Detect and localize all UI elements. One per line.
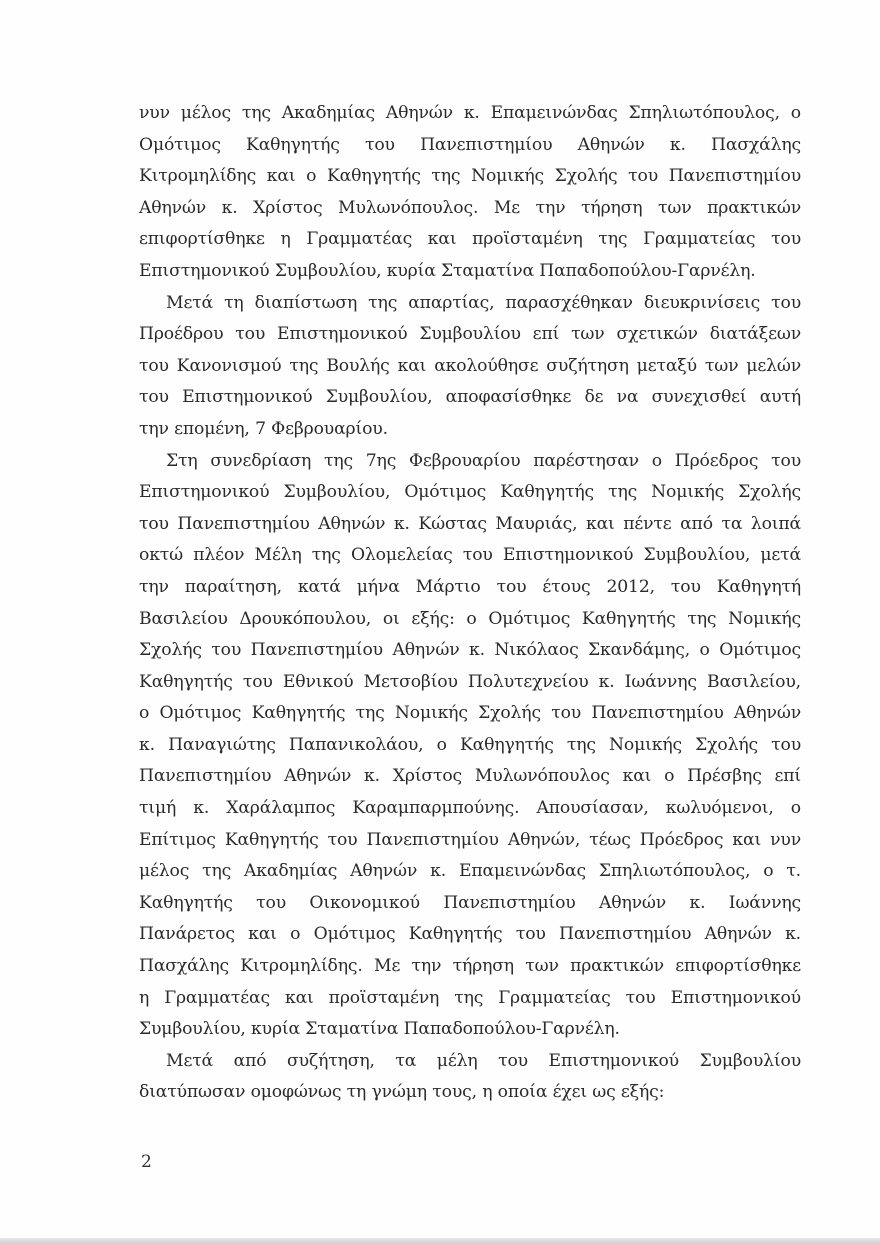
text-line: του Κανονισμού της Βουλής και ακολούθησε…	[139, 351, 801, 383]
text-line: Κιτρομηλίδης και ο Καθηγητής της Νομικής…	[139, 161, 801, 193]
text-line: επιφορτίσθηκε η Γραμματέας και προϊσταμέ…	[139, 224, 801, 256]
text-line: Καθηγητής του Εθνικού Μετσοβίου Πολυτεχν…	[139, 667, 801, 699]
text-line: Πανεπιστημίου Αθηνών κ. Χρίστος Μυλωνόπο…	[139, 761, 801, 793]
text-line: νυν μέλος της Ακαδημίας Αθηνών κ. Επαμει…	[139, 98, 801, 130]
text-line: Προέδρου του Επιστημονικού Συμβουλίου επ…	[139, 319, 801, 351]
text-line: τιμή κ. Χαράλαμπος Καραμπαρμπούνης. Απου…	[139, 793, 801, 825]
text-line: Συμβουλίου, κυρία Σταματίνα Παπαδοπούλου…	[139, 1014, 801, 1046]
text-line: ο Ομότιμος Καθηγητής της Νομικής Σχολής …	[139, 698, 801, 730]
text-line: Επίτιμος Καθηγητής του Πανεπιστημίου Αθη…	[139, 825, 801, 857]
paragraph: νυν μέλος της Ακαδημίας Αθηνών κ. Επαμει…	[139, 98, 801, 288]
text-line: του Επιστημονικού Συμβουλίου, αποφασίσθη…	[139, 382, 801, 414]
text-line: Επιστημονικού Συμβουλίου, κυρία Σταματίν…	[139, 256, 801, 288]
paragraph: Μετά τη διαπίστωση της απαρτίας, παρασχέ…	[139, 288, 801, 446]
text-line: η Γραμματέας και προϊσταμένη της Γραμματ…	[139, 983, 801, 1015]
text-line: Αθηνών κ. Χρίστος Μυλωνόπουλος. Με την τ…	[139, 193, 801, 225]
text-line: Πανάρετος και ο Ομότιμος Καθηγητής του Π…	[139, 919, 801, 951]
text-line: Μετά τη διαπίστωση της απαρτίας, παρασχέ…	[139, 288, 801, 320]
text-line: την παραίτηση, κατά μήνα Μάρτιο του έτου…	[139, 572, 801, 604]
text-line: Ομότιμος Καθηγητής του Πανεπιστημίου Αθη…	[139, 130, 801, 162]
text-line: Καθηγητής του Οικονομικού Πανεπιστημίου …	[139, 888, 801, 920]
text-line: μέλος της Ακαδημίας Αθηνών κ. Επαμεινώνδ…	[139, 856, 801, 888]
page-number: 2	[141, 1152, 152, 1172]
scan-bottom-edge	[0, 1238, 880, 1244]
text-line: την επομένη, 7 Φεβρουαρίου.	[139, 414, 801, 446]
text-line: κ. Παναγιώτης Παπανικολάου, ο Καθηγητής …	[139, 730, 801, 762]
text-line: Βασιλείου Δρουκόπουλου, οι εξής: ο Ομότι…	[139, 604, 801, 636]
text-line: οκτώ πλέον Μέλη της Ολομελείας του Επιστ…	[139, 540, 801, 572]
paragraph: Στη συνεδρίαση της 7ης Φεβρουαρίου παρέσ…	[139, 446, 801, 1046]
text-line: Πασχάλης Κιτρομηλίδης. Με την τήρηση των…	[139, 951, 801, 983]
document-body: νυν μέλος της Ακαδημίας Αθηνών κ. Επαμει…	[139, 98, 801, 1109]
text-line: του Πανεπιστημίου Αθηνών κ. Κώστας Μαυρι…	[139, 509, 801, 541]
text-line: Επιστημονικού Συμβουλίου, Ομότιμος Καθηγ…	[139, 477, 801, 509]
document-page: νυν μέλος της Ακαδημίας Αθηνών κ. Επαμει…	[0, 0, 880, 1244]
text-line: Σχολής του Πανεπιστημίου Αθηνών κ. Νικόλ…	[139, 635, 801, 667]
text-line: Στη συνεδρίαση της 7ης Φεβρουαρίου παρέσ…	[139, 446, 801, 478]
text-line: διατύπωσαν ομοφώνως τη γνώμη τους, η οπο…	[139, 1077, 801, 1109]
paragraph: Μετά από συζήτηση, τα μέλη του Επιστημον…	[139, 1046, 801, 1109]
text-line: Μετά από συζήτηση, τα μέλη του Επιστημον…	[139, 1046, 801, 1078]
